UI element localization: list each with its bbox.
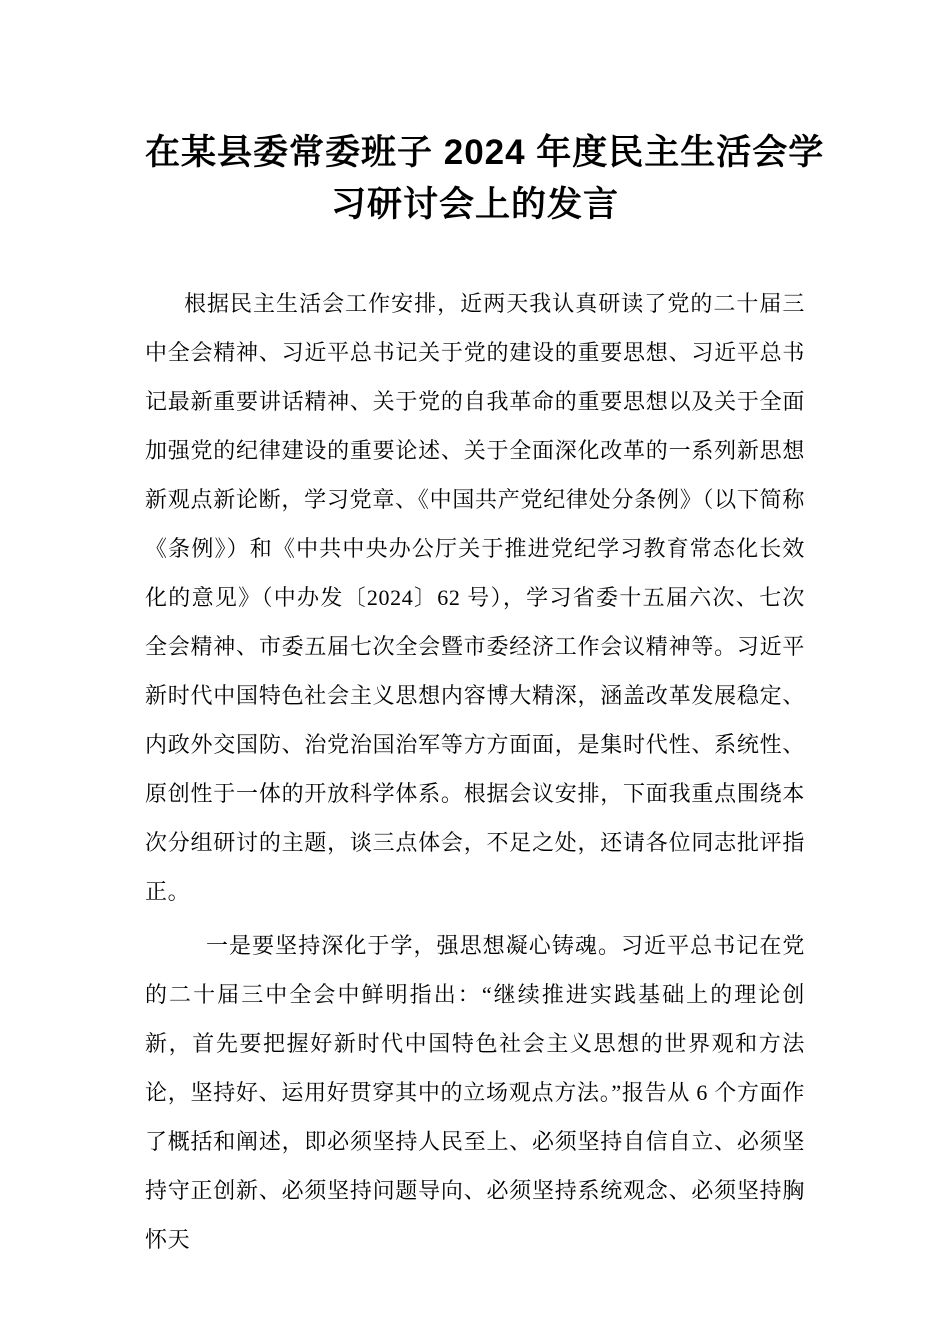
document-page: 在某县委常委班子 2024 年度民主生活会学 习研讨会上的发言 根据民主生活会工… — [0, 0, 950, 1344]
document-title-line-1: 在某县委常委班子 2024 年度民主生活会学 — [145, 127, 805, 179]
document-title: 在某县委常委班子 2024 年度民主生活会学 习研讨会上的发言 — [145, 127, 805, 231]
paragraph-intro: 根据民主生活会工作安排，近两天我认真研读了党的二十届三中全会精神、习近平总书记关… — [145, 279, 805, 916]
document-content: 在某县委常委班子 2024 年度民主生活会学 习研讨会上的发言 根据民主生活会工… — [145, 127, 805, 1264]
paragraph-point-one: 一是要坚持深化于学，强思想凝心铸魂。习近平总书记在党的二十届三中全会中鲜明指出：… — [145, 921, 805, 1264]
document-title-line-2: 习研讨会上的发言 — [145, 179, 805, 231]
